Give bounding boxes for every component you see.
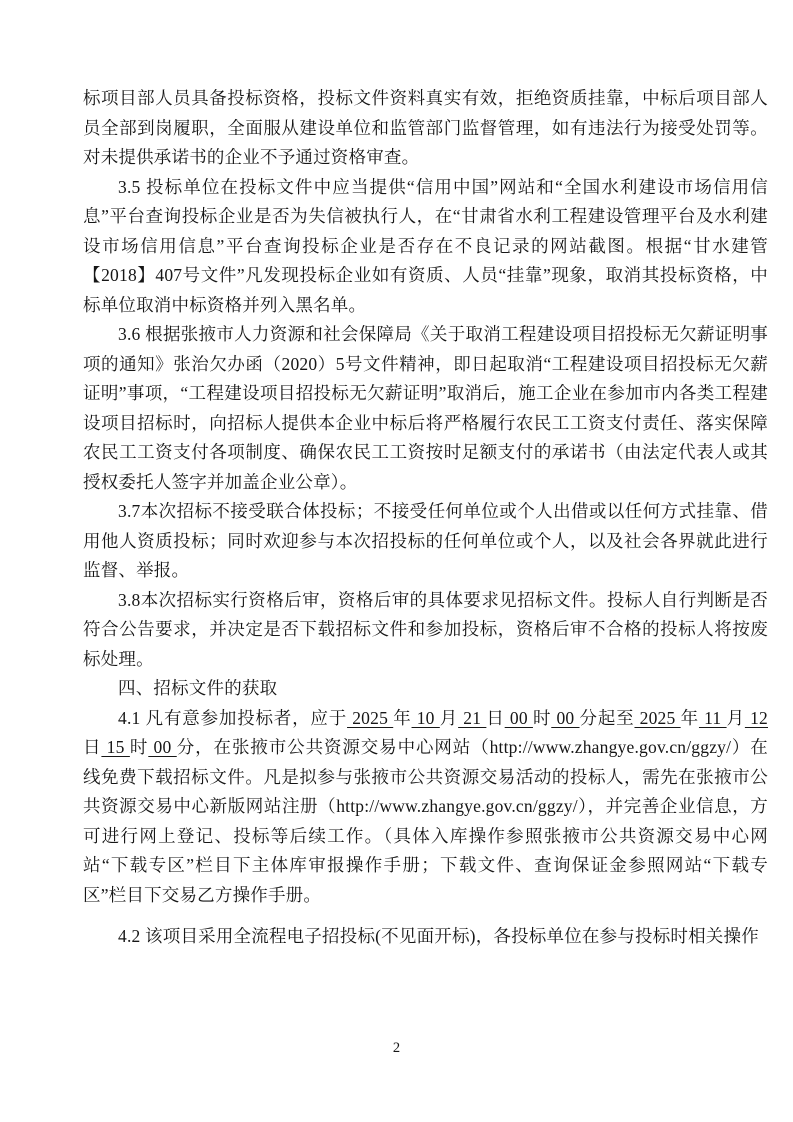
underlined-blank-value: 00: [551, 708, 579, 728]
paragraph-3-7: 3.7本次招标不接受联合体投标；不接受任何单位或个人出借或以任何方式挂靠、借用他…: [83, 497, 768, 586]
underlined-blank-value: 11: [699, 708, 727, 728]
document-text-block: 标项目部人员具备投标资格，投标文件资料真实有效，拒绝资质挂靠，中标后项目部人员全…: [83, 84, 768, 952]
text-run: 年: [393, 708, 411, 728]
underlined-blank-value: 21: [458, 708, 486, 728]
underlined-blank-value: 00: [148, 737, 176, 757]
underlined-blank-value: 00: [505, 708, 533, 728]
text-run: 分，在张掖市公共资源交易中心网站（http://www.zhangye.gov.…: [83, 737, 768, 905]
paragraph-3-6: 3.6 根据张掖市人力资源和社会保障局《关于取消工程建设项目招投标无欠薪证明事项…: [83, 320, 768, 497]
text-run: 4.1 凡有意参加投标者，应于: [118, 708, 347, 728]
paragraph-4-1: 4.1 凡有意参加投标者，应于 2025 年 10 月 21 日 00 时 00…: [83, 704, 768, 911]
text-run: 月: [440, 708, 458, 728]
underlined-blank-value: 10: [412, 708, 440, 728]
paragraph-continuation: 标项目部人员具备投标资格，投标文件资料真实有效，拒绝资质挂靠，中标后项目部人员全…: [83, 84, 768, 173]
text-run: 日: [486, 708, 504, 728]
paragraph-3-8: 3.8本次招标实行资格后审，资格后审的具体要求见招标文件。投标人自行判断是否符合…: [83, 586, 768, 675]
document-page: 标项目部人员具备投标资格，投标文件资料真实有效，拒绝资质挂靠，中标后项目部人员全…: [0, 0, 793, 1122]
page-number: 2: [0, 1040, 793, 1057]
heading-section-4: 四、招标文件的获取: [83, 674, 768, 704]
underlined-blank-value: 2025: [347, 708, 393, 728]
text-run: 时: [130, 737, 148, 757]
text-run: 月: [727, 708, 745, 728]
text-run: 分起至: [580, 708, 635, 728]
text-run: 时: [533, 708, 551, 728]
underlined-blank-value: 2025: [634, 708, 680, 728]
paragraph-3-5: 3.5 投标单位在投标文件中应当提供“信用中国”网站和“全国水利建设市场信用信息…: [83, 173, 768, 321]
text-run: 日: [83, 737, 101, 757]
paragraph-4-2: 4.2 该项目采用全流程电子招投标(不见面开标)，各投标单位在参与投标时相关操作: [83, 922, 768, 952]
underlined-blank-value: 15: [101, 737, 129, 757]
underlined-blank-value: 12: [745, 708, 768, 728]
text-run: 年: [681, 708, 699, 728]
